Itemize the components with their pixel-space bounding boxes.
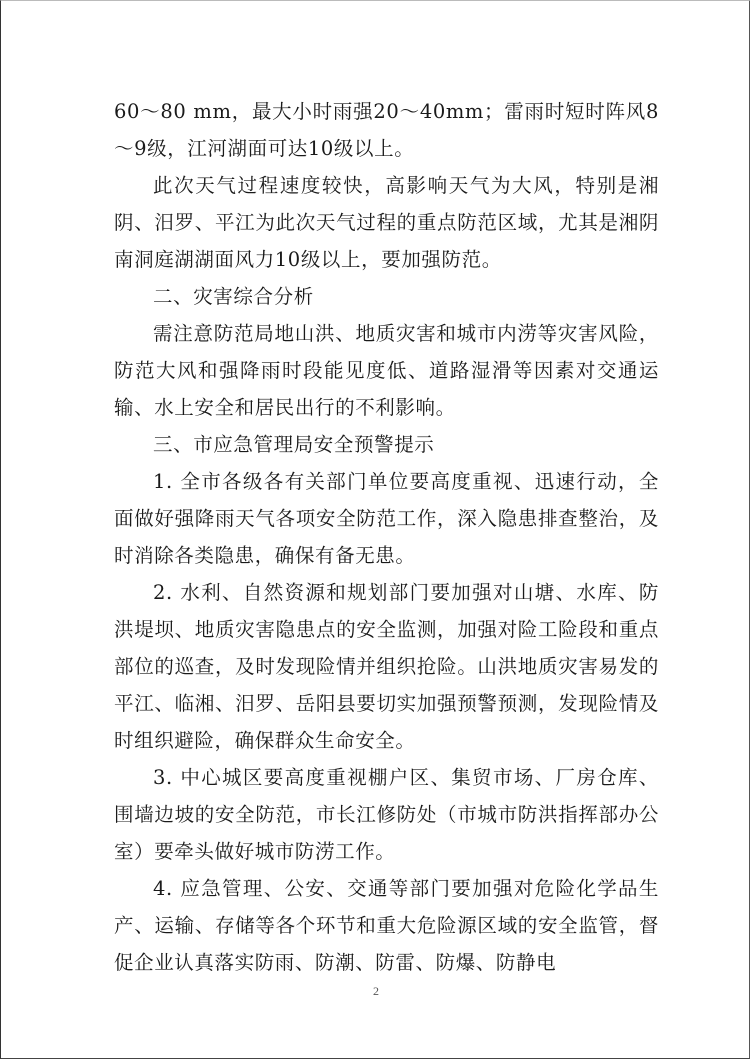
document-body: 60～80 mm，最大小时雨强20～40mm；雷雨时短时阵风8～9级，江河湖面可… (114, 93, 659, 981)
paragraph-disaster-analysis: 需注意防范局地山洪、地质灾害和城市内涝等灾害风险，防范大风和强降雨时段能见度低、… (114, 315, 659, 426)
paragraph-weather-process: 此次天气过程速度较快，高影响天气为大风，特别是湘阴、汨罗、平江为此次天气过程的重… (114, 167, 659, 278)
paragraph-item-4: 4. 应急管理、公安、交通等部门要加强对危险化学品生产、运输、存储等各个环节和重… (114, 870, 659, 981)
section-heading-disaster-analysis: 二、灾害综合分析 (114, 278, 659, 315)
paragraph-item-1: 1. 全市各级各有关部门单位要高度重视、迅速行动，全面做好强降雨天气各项安全防范… (114, 463, 659, 574)
page-number: 2 (1, 984, 750, 999)
paragraph-item-3: 3. 中心城区要高度重视棚户区、集贸市场、厂房仓库、围墙边坡的安全防范，市长江修… (114, 759, 659, 870)
document-page: 60～80 mm，最大小时雨强20～40mm；雷雨时短时阵风8～9级，江河湖面可… (0, 0, 750, 1059)
section-heading-safety-warning: 三、市应急管理局安全预警提示 (114, 426, 659, 463)
paragraph-rainfall-continuation: 60～80 mm，最大小时雨强20～40mm；雷雨时短时阵风8～9级，江河湖面可… (114, 93, 659, 167)
paragraph-item-2: 2. 水利、自然资源和规划部门要加强对山塘、水库、防洪堤坝、地质灾害隐患点的安全… (114, 574, 659, 759)
